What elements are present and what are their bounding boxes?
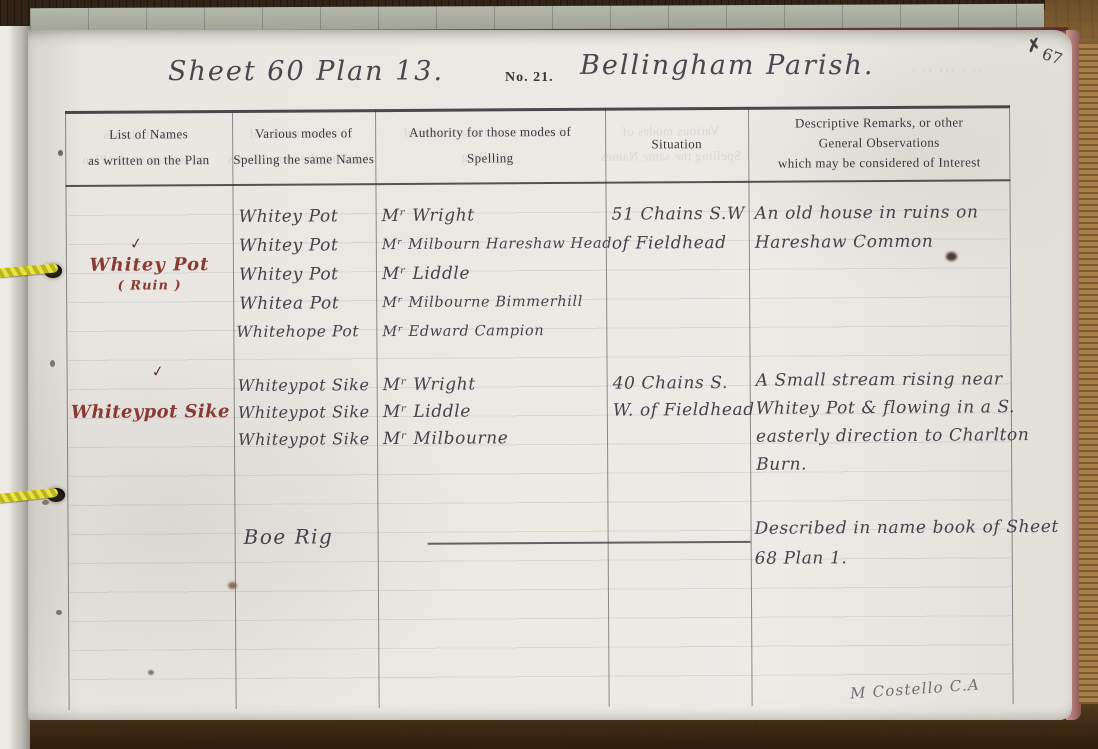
header-line: Spelling the same Names	[233, 146, 374, 173]
remarks-line: easterly direction to Charlton	[756, 425, 1030, 447]
remarks-line: An old house in ruins on	[755, 202, 979, 223]
name-book-page: Sheet 60 Plan 13. No. 21. Bellingham Par…	[28, 30, 1072, 720]
page-stack-right-edge	[1079, 42, 1098, 704]
header-line: Various modes of	[255, 120, 353, 147]
sheet-plan-title: Sheet 60 Plan 13.	[168, 56, 444, 87]
situation-line: of Fieldhead	[612, 233, 727, 254]
remarks-line: A Small stream rising near	[756, 369, 1003, 391]
header-situation: Various modes of Spelling the same Names…	[605, 107, 748, 182]
spelling-line: Whitey Pot	[239, 206, 339, 227]
remarks-line: Hareshaw Common	[755, 232, 934, 253]
column-divider-3	[605, 108, 610, 707]
checkmark-icon: ✓	[150, 362, 165, 382]
authority-line: Mʳ Liddle	[382, 264, 470, 285]
page-number-label: No. 21.	[505, 70, 554, 86]
authority-line: Mʳ Wright	[383, 374, 476, 395]
plan-name: Whiteypot Sike	[67, 401, 234, 423]
situation-line: 40 Chains S.	[613, 373, 728, 394]
remarks-line: Burn.	[756, 454, 807, 474]
authority-line: Mʳ Milbourne	[383, 428, 509, 449]
spelling-line: Whiteypot Sike	[238, 429, 370, 449]
authority-line: Mʳ Milbourne Bimmerhill	[382, 294, 583, 311]
plan-name-note: ( Ruin )	[66, 278, 233, 294]
remarks-line: 68 Plan 1.	[755, 548, 848, 569]
authority-line: Mʳ Liddle	[383, 402, 471, 423]
header-list-of-names: List of Names as written on the Plan Lis…	[65, 110, 232, 185]
paper-speck	[50, 360, 55, 367]
remarks-line: Whitey Pot & flowing in a S.	[756, 397, 1015, 419]
situation-line: 51 Chains S.W	[612, 204, 745, 225]
situation-line: W. of Fieldhead	[613, 400, 755, 421]
spelling-line: Whiteypot Sike	[238, 375, 370, 395]
header-line: Situation	[651, 131, 702, 157]
header-authority: Authority for those modes of Spelling Au…	[375, 108, 605, 183]
remarks-line: Described in name book of Sheet	[755, 517, 1059, 539]
header-descriptive-remarks: Descriptive Remarks, or other General Ob…	[748, 105, 1010, 181]
spelling-line: Boe Rig	[244, 524, 334, 549]
authority-line: Mʳ Edward Campion	[382, 323, 544, 340]
name-book-table: List of Names as written on the Plan Lis…	[65, 105, 1014, 710]
paper-speck	[58, 150, 63, 156]
spelling-line: Whitea Pot	[239, 293, 339, 314]
checkmark-icon: ✓	[129, 234, 144, 254]
corner-page-number: 67	[1039, 44, 1065, 69]
stain-spot	[148, 670, 154, 675]
photographed-name-book-page: { "document": { "title_script": "Sheet 6…	[0, 0, 1098, 749]
authority-line: Mʳ Milbourn Hareshaw Head	[382, 236, 612, 253]
paper-speck	[56, 610, 62, 615]
ink-blot	[946, 252, 957, 261]
header-line: which may be considered of Interest	[778, 152, 981, 173]
header-line: Spelling	[467, 145, 514, 171]
header-line: General Observations	[819, 133, 940, 154]
binding-gutter	[0, 26, 30, 749]
stain-spot	[228, 582, 237, 589]
header-line: List of Names	[109, 121, 188, 147]
spelling-line: Whitehope Pot	[236, 322, 359, 341]
plan-name: Whitey Pot	[66, 254, 233, 276]
paper-speck	[42, 500, 49, 505]
blank-authority-stroke	[428, 541, 751, 545]
column-divider-2	[375, 109, 380, 708]
spelling-line: Whitey Pot	[239, 235, 339, 256]
parish-title: Bellingham Parish.	[580, 50, 875, 81]
spelling-line: Whitey Pot	[239, 264, 339, 285]
header-line: Descriptive Remarks, or other	[795, 112, 963, 133]
header-line: Authority for those modes of	[409, 119, 571, 146]
faded-stamp: · ·· ··· · ··	[912, 66, 984, 77]
header-various-modes: Various modes of Spelling the same Names…	[232, 109, 375, 184]
header-line: as written on the Plan	[88, 147, 210, 174]
spelling-line: Whiteypot Sike	[238, 402, 370, 422]
corner-x-mark: ✗	[1025, 35, 1043, 58]
authority-line: Mʳ Wright	[382, 205, 475, 226]
